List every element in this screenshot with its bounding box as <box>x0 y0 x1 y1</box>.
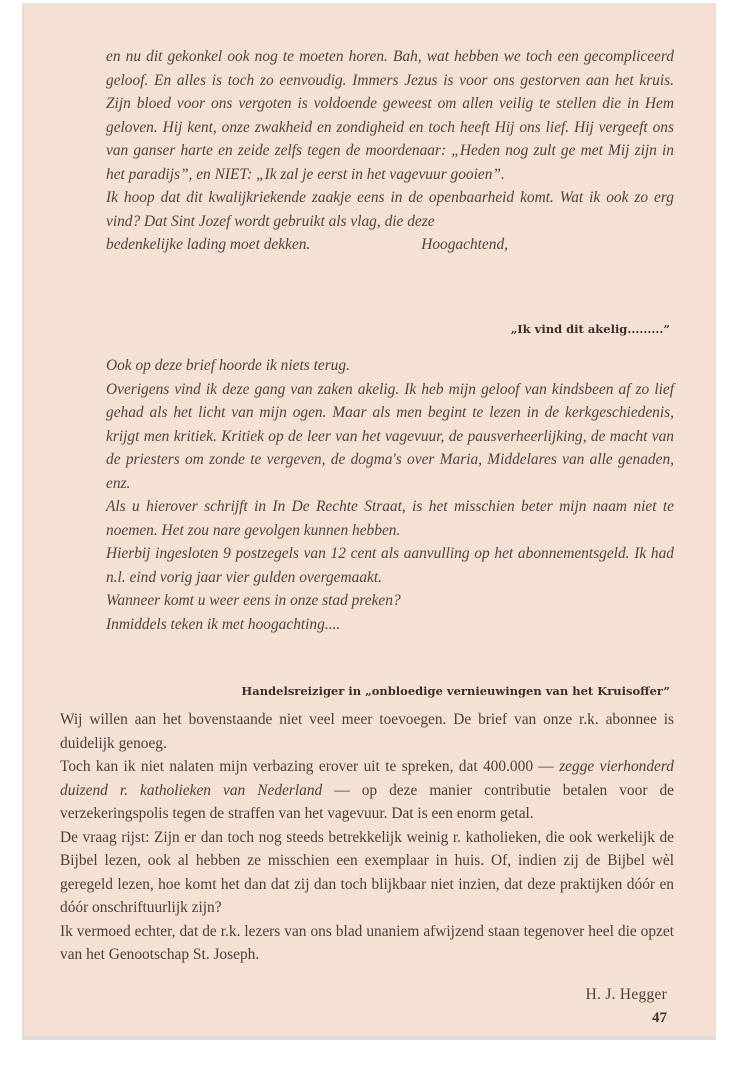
letter-paragraph: Wanneer komt u weer eens in onze stad pr… <box>106 589 674 613</box>
author-signature: H. J. Hegger <box>586 986 667 1004</box>
letter-paragraph: Overigens vind ik deze gang van zaken ak… <box>106 378 674 496</box>
letter-paragraph: Hierbij ingesloten 9 postzegels van 12 c… <box>106 542 674 589</box>
commentary-paragraph: Ik vermoed echter, dat de r.k. lezers va… <box>60 920 674 967</box>
commentary-text: Toch kan ik niet nalaten mijn verbazing … <box>60 758 559 775</box>
commentary: Wij willen aan het bovenstaande niet vee… <box>60 708 674 967</box>
letter-paragraph: Ik hoop dat dit kwalijkriekende zaakje e… <box>106 186 674 233</box>
section-heading-handelsreiziger: Handelsreiziger in „onbloedige vernieuwi… <box>241 684 670 698</box>
letter-paragraph: en nu dit gekonkel ook nog te moeten hor… <box>106 45 674 186</box>
letter-paragraph: Inmiddels teken ik met hoogachting.... <box>106 613 674 637</box>
letter-part-2: Ook op deze brief hoorde ik niets terug.… <box>106 354 674 636</box>
letter-paragraph: Als u hierover schrijft in In De Rechte … <box>106 495 674 542</box>
document-page: en nu dit gekonkel ook nog te moeten hor… <box>22 3 716 1040</box>
letter-part-1: en nu dit gekonkel ook nog te moeten hor… <box>106 45 674 257</box>
letter-closing: Hoogachtend, <box>421 233 508 257</box>
commentary-paragraph: De vraag rijst: Zijn er dan toch nog ste… <box>60 826 674 920</box>
letter-closing-line: bedenkelijke lading moet dekken. Hoogach… <box>106 233 674 257</box>
letter-paragraph: Ook op deze brief hoorde ik niets terug. <box>106 354 674 378</box>
commentary-paragraph: Toch kan ik niet nalaten mijn verbazing … <box>60 755 674 826</box>
section-heading-ik-vind-dit-akelig: „Ik vind dit akelig.........” <box>511 322 670 336</box>
commentary-paragraph: Wij willen aan het bovenstaande niet vee… <box>60 708 674 755</box>
page-number: 47 <box>652 1010 667 1027</box>
letter-last-line: bedenkelijke lading moet dekken. <box>106 233 310 257</box>
